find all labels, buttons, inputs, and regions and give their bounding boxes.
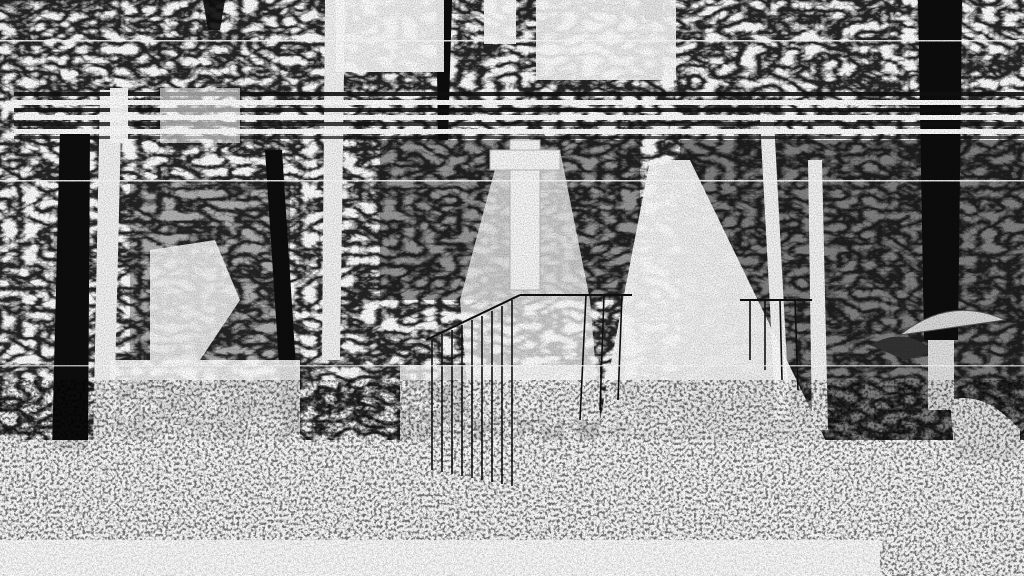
collage-artwork xyxy=(0,0,1024,576)
film-grain xyxy=(0,0,1024,576)
collage-photo xyxy=(0,0,1024,576)
